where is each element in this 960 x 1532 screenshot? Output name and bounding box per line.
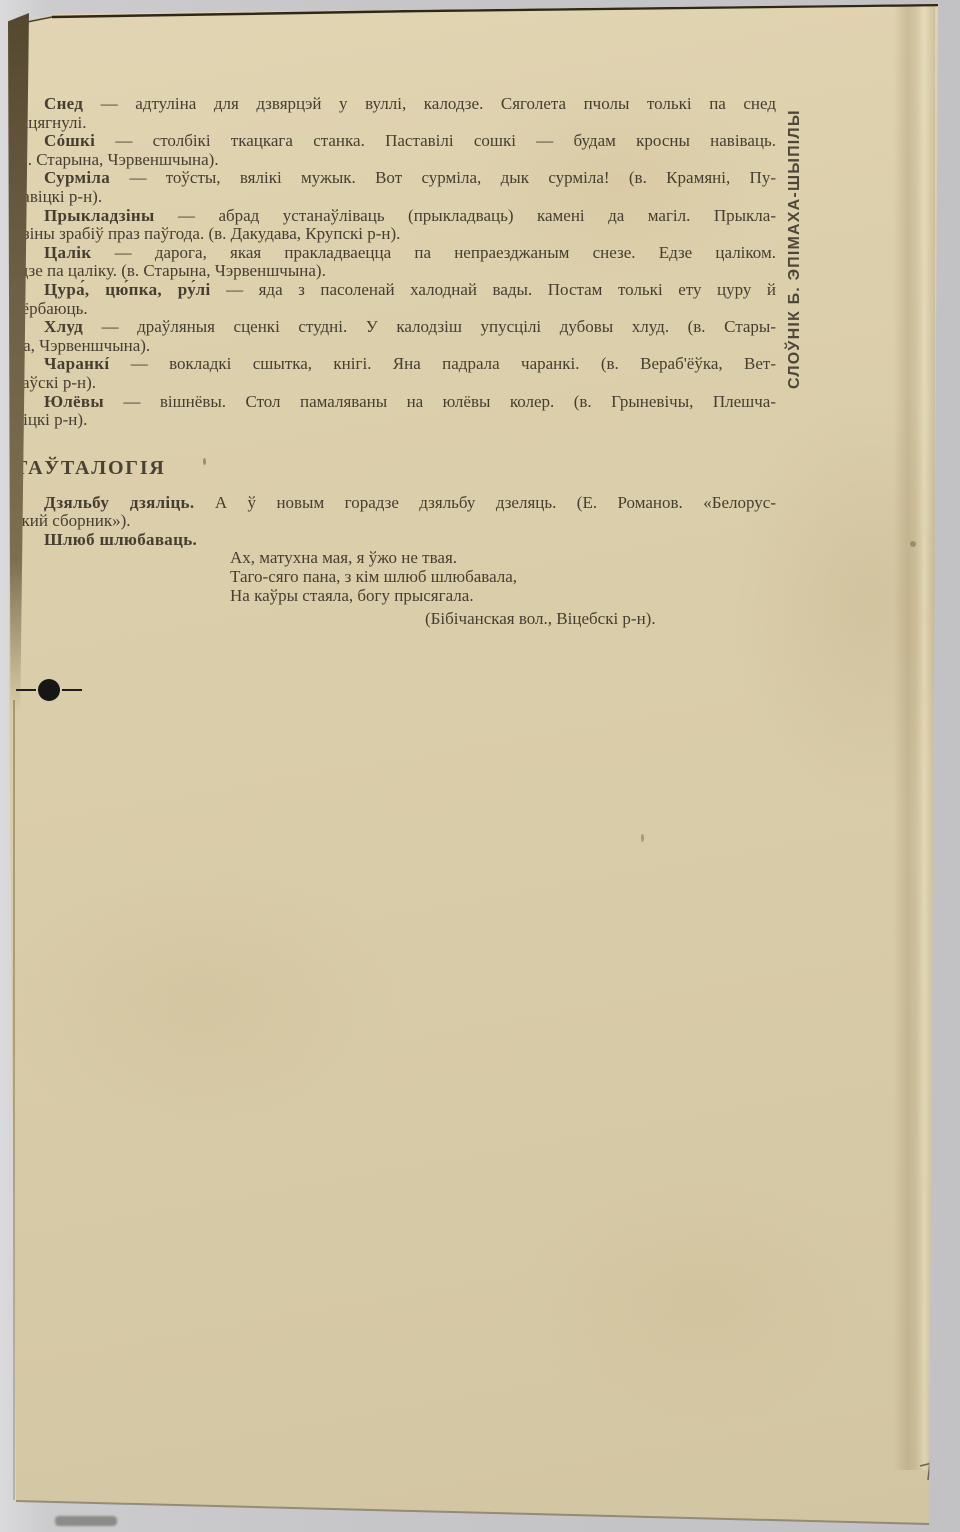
- page-bottom-edge: [0, 1490, 960, 1532]
- tautology-section: Дзяльбу дзяліць. А ў новым горадзе дзяль…: [14, 494, 776, 550]
- handwritten-mark: [918, 1452, 944, 1484]
- verse-line: Ах, матухна мая, я ўжо не твая.: [230, 549, 776, 568]
- text-line: хавіцкі р-н).: [14, 188, 776, 207]
- entry-headword: Юлёвы: [44, 392, 104, 411]
- verse-block: Ах, матухна мая, я ўжо не твая.Таго-сяго…: [230, 549, 776, 605]
- paper-speck: [641, 834, 644, 842]
- entry-headword: Сóшкі: [44, 131, 95, 150]
- text-line: Сóшкі — столбікі ткацкага станка. Пастав…: [14, 132, 776, 151]
- entry-headword: Дзяльбу дзяліць.: [44, 493, 194, 512]
- section-heading: ТАЎТАЛОГІЯ: [14, 455, 776, 481]
- page-top-edge: [0, 0, 960, 40]
- text-line: дзіны зрабіў праз паўгода. (в. Дакудава,…: [14, 225, 776, 244]
- entry-headword: Цалік: [44, 243, 91, 262]
- page-left-fold-line: [13, 700, 15, 1500]
- entry-headword: Цура́, цю́пка, ру́лі: [44, 280, 211, 299]
- verse-attribution: (Бібічанская вол., Віцебскі р-н).: [425, 610, 776, 629]
- text-line: Цалік — дарога, якая пракладваецца па не…: [14, 244, 776, 263]
- scanned-page: Снед — адтуліна для дзвярцэй у вуллі, ка…: [0, 0, 960, 1532]
- scanned-book-page-photo: { "page": { "margin_label": "СЛОЎНІК Б. …: [0, 0, 960, 1532]
- entry-headword: Хлуд: [44, 317, 83, 336]
- entry-headword: Снед: [44, 94, 83, 113]
- scan-smudge: [55, 1516, 117, 1526]
- text-line: Прыкладзіны — абрад устанаўліваць (прыкл…: [14, 207, 776, 226]
- page-text-column: Снед — адтуліна для дзвярцэй у вуллі, ка…: [14, 95, 776, 629]
- margin-title-vertical: СЛОЎНІК Б. ЭПІМАХА-ШЫПІЛЫ: [786, 102, 814, 396]
- text-line: зацягнулі.: [14, 114, 776, 133]
- entry-headword: Прыкладзіны: [44, 206, 155, 225]
- text-line: Чаранкí — вокладкі сшытка, кнігі. Яна па…: [14, 355, 776, 374]
- text-line: Дзяльбу дзяліць. А ў новым горадзе дзяль…: [14, 494, 776, 513]
- page-right-crease: [893, 0, 935, 1470]
- text-line: Снед — адтуліна для дзвярцэй у вуллі, ка…: [14, 95, 776, 114]
- section-end-ornament: [16, 679, 82, 701]
- entry-headword: Шлюб шлюбаваць.: [44, 530, 197, 549]
- text-line: (в. Старына, Чэрвеншчына).: [14, 151, 776, 170]
- text-line: Ідзе па цаліку. (в. Старына, Чэрвеншчына…: [14, 262, 776, 281]
- dictionary-entries: Снед — адтуліна для дзвярцэй у вуллі, ка…: [14, 95, 776, 430]
- verse-line: На каўры стаяла, богу прысягала.: [230, 587, 776, 606]
- paper-speck: [910, 541, 916, 547]
- text-line: каўскі р-н).: [14, 374, 776, 393]
- text-line: Сурміла — тоўсты, вялікі мужык. Вот сурм…: [14, 169, 776, 188]
- verse-line: Таго-сяго пана, з кім шлюб шлюбавала,: [230, 568, 776, 587]
- dot-icon: [38, 679, 60, 701]
- entry-headword: Чаранкí: [44, 354, 109, 373]
- text-line: Хлуд — драўляныя сценкі студні. У калодз…: [14, 318, 776, 337]
- text-line: сёрбаюць.: [14, 300, 776, 319]
- paper-speck: [203, 458, 206, 465]
- dash-icon: [62, 689, 82, 691]
- text-line: Шлюб шлюбаваць.: [14, 531, 776, 550]
- text-line: ніцкі р-н).: [14, 411, 776, 430]
- text-line: на, Чэрвеншчына).: [14, 337, 776, 356]
- entry-headword: Сурміла: [44, 168, 110, 187]
- text-line: ский сборник»).: [14, 512, 776, 531]
- text-line: Юлёвы — вішнёвы. Стол памаляваны на юлёв…: [14, 393, 776, 412]
- text-line: Цура́, цю́пка, ру́лі — яда з пасоленай х…: [14, 281, 776, 300]
